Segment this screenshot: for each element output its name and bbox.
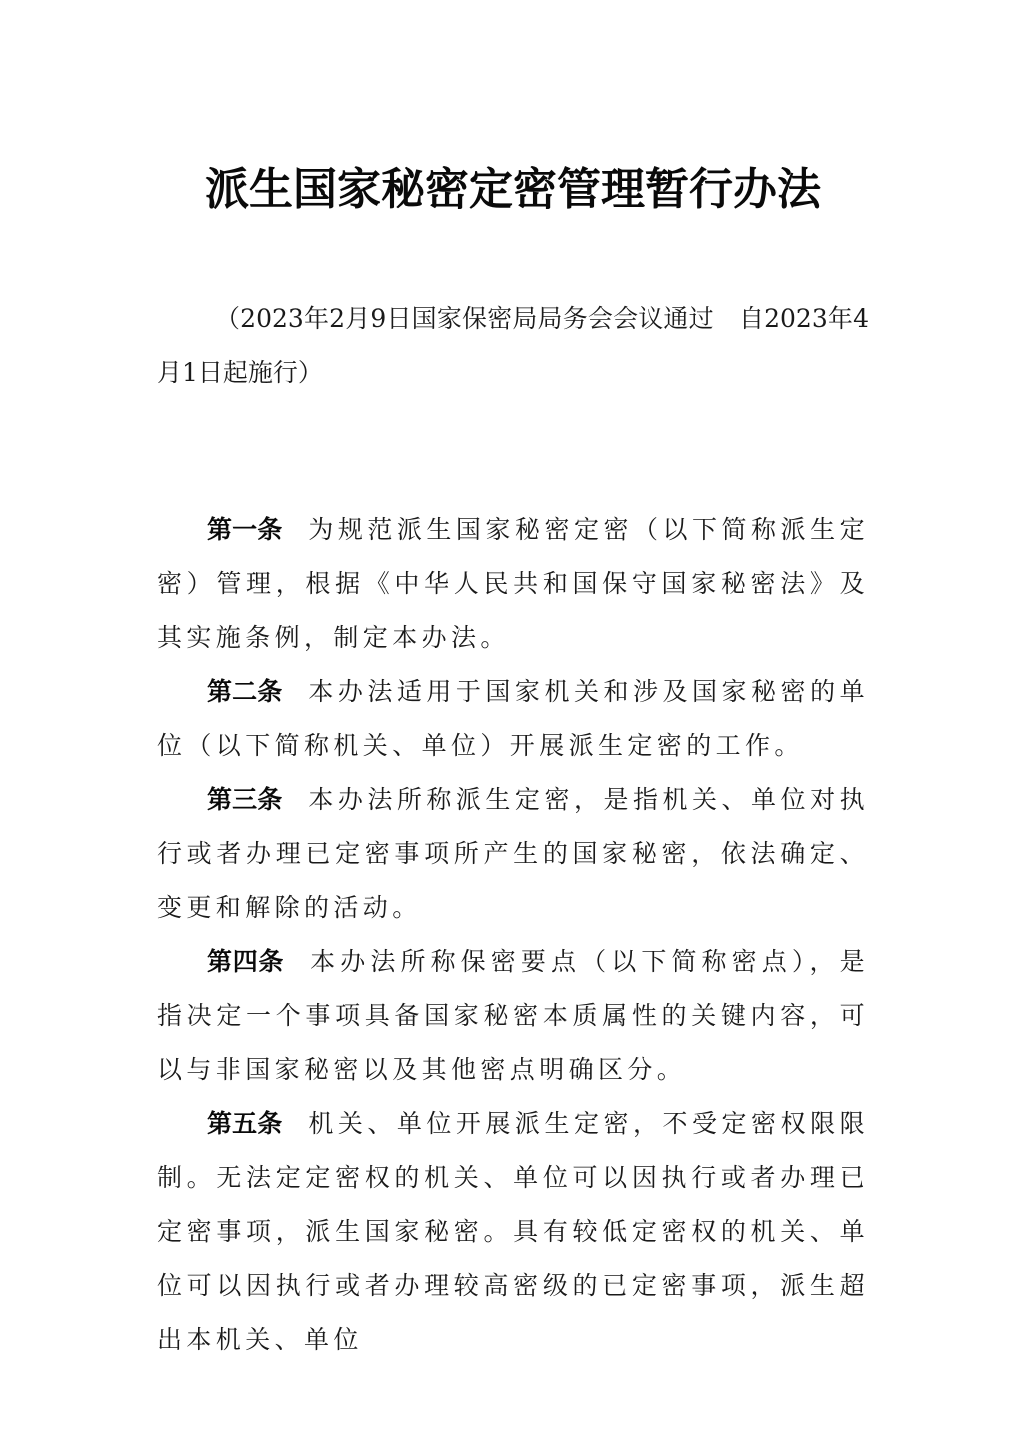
article-5: 第五条机关、单位开展派生定密，不受定密权限限制。无法定定密权的机关、单位可以因执… (157, 1097, 869, 1367)
articles-list: 第一条为规范派生国家秘密定密（以下简称派生定密）管理，根据《中华人民共和国保守国… (157, 503, 869, 1367)
article-number: 第四条 (207, 947, 284, 976)
article-number: 第三条 (207, 785, 282, 814)
document-subtitle: （2023年2月9日国家保密局局务会会议通过 自2023年4月1日起施行） (157, 292, 869, 400)
article-4: 第四条本办法所称保密要点（以下简称密点），是指决定一个事项具备国家秘密本质属性的… (157, 935, 869, 1097)
article-number: 第一条 (207, 515, 282, 544)
article-3: 第三条本办法所称派生定密，是指机关、单位对执行或者办理已定密事项所产生的国家秘密… (157, 773, 869, 935)
document-title: 派生国家秘密定密管理暂行办法 (157, 160, 869, 220)
article-number: 第二条 (207, 677, 282, 706)
article-2: 第二条本办法适用于国家机关和涉及国家秘密的单位（以下简称机关、单位）开展派生定密… (157, 665, 869, 773)
article-number: 第五条 (207, 1109, 282, 1138)
article-text: 机关、单位开展派生定密，不受定密权限限制。无法定定密权的机关、单位可以因执行或者… (157, 1109, 869, 1354)
article-1: 第一条为规范派生国家秘密定密（以下简称派生定密）管理，根据《中华人民共和国保守国… (157, 503, 869, 665)
